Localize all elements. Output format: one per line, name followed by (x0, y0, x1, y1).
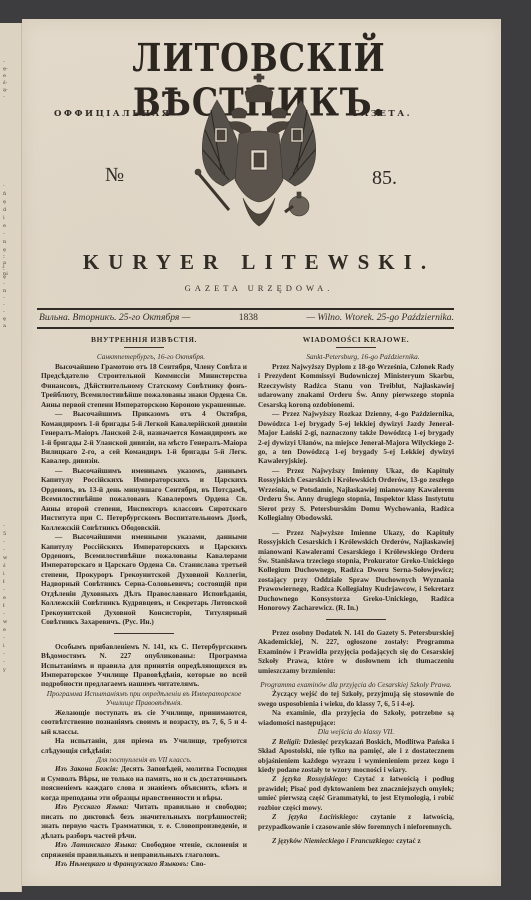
previous-page-text-fragment: - (3, 611, 5, 617)
article-paragraph: — Przez Najwyższy Rozkaz Dzienny, 4-go P… (258, 409, 454, 466)
previous-page-text-fragment: n (3, 288, 6, 294)
subject-text: czytać z (396, 836, 421, 845)
subject-label: Z języków Niemieckiego i Francuzkiego: (272, 836, 394, 845)
previous-page-edge: -ę-eś-ą---ńędie-nę-jni-a-ę-n---ęa-5--wśi… (0, 23, 22, 892)
previous-page-text-fragment: ę- (3, 66, 8, 72)
subject-item: Изъ Нѣмецкаго и Французскаго Языковъ: Св… (41, 859, 247, 868)
previous-page-text-fragment: - (3, 635, 5, 641)
previous-page-text-fragment: y (3, 667, 6, 673)
notice-paragraph: Przez osobny Dodatek N. 141 do Gazety S.… (258, 628, 454, 675)
previous-page-text-fragment: e (3, 595, 6, 601)
program-paragraph: Желающіе поступать въ сіе Училище, прини… (41, 708, 247, 736)
previous-page-text-fragment: ś (3, 563, 6, 569)
previous-page-text-fragment: - (3, 523, 5, 529)
dateline-place: Sankt-Petersburg, 16-go Października. (258, 352, 454, 361)
previous-page-text-fragment: i (3, 643, 5, 649)
article-paragraph: — Высочайшимъ именнымъ указомъ, даннымъ … (41, 466, 247, 532)
section-rule (114, 633, 174, 634)
previous-page-text-fragment: e (3, 73, 6, 79)
dateline-russian: Вильна. Вторникъ. 25-го Октября — (39, 312, 190, 323)
article-paragraph: Высочайшею Грамотою отъ 18 Сентября, Чле… (41, 362, 247, 409)
issue-number-label: № (105, 164, 124, 187)
previous-page-text-fragment: - (3, 302, 5, 308)
article-paragraph: — Przez Najwyższe Imienne Ukazy, do Kapi… (258, 528, 454, 613)
article-paragraph: — Высочайшимъ Приказомъ отъ 4 Октября, К… (41, 409, 247, 466)
previous-page-text-fragment: - (3, 267, 5, 273)
subject-item: Z Religii: Dziesięć przykazań Boskich, M… (258, 737, 454, 775)
article-paragraph: — Высочайшими именными указами, данными … (41, 532, 247, 627)
subject-label: Изъ Закона Божія: (55, 764, 118, 773)
short-rule (124, 347, 164, 348)
short-rule (336, 347, 376, 348)
dateline-year: 1838 (239, 312, 258, 323)
program-paragraph: На испытаніи, для пріема въ Училище, тре… (41, 736, 247, 755)
double-headed-eagle-icon (189, 70, 329, 248)
article-paragraph: — Przez Najwyższy Imienny Ukaz, do Kapit… (258, 466, 454, 523)
previous-page-text-fragment: ę (3, 274, 6, 280)
dateline: Вильна. Вторникъ. 25-го Октября — 1838 —… (39, 312, 454, 323)
article-paragraph: Przez Najwyższy Dyplom z 18-go Września,… (258, 362, 454, 409)
newspaper-page: ЛИТОВСКІЙ ВѢСТНИКЪ. ОФФИЦІАЛЬНАЯ ГАЗЕТА. (22, 19, 501, 886)
previous-page-text-fragment: ę (3, 199, 6, 205)
subject-item: Z języka Łacińskiego: czytanie z łatwośc… (258, 812, 454, 831)
previous-page-text-fragment: w (3, 619, 7, 625)
dateline-polish: — Wilno. Wtorek. 25-go Października. (306, 312, 454, 323)
subject-label: Z Religii: (272, 737, 301, 746)
dateline-place: Санктпетербургъ, 16-го Октября. (41, 352, 247, 361)
previous-page-text-fragment: ł (3, 603, 5, 609)
subject-item: Z języka Rossyjskiego: Czytać z łatwości… (258, 774, 454, 812)
program-paragraph: Życzący wejść do tej Szkoły, przyjmują s… (258, 689, 454, 708)
subject-item: Z języków Niemieckiego i Francuzkiego: c… (258, 836, 454, 845)
issue-number: 85. (372, 167, 397, 190)
previous-page-text-fragment: - (3, 587, 5, 593)
notice-paragraph: Особымъ прибавленіемъ N. 141, къ С. Пете… (41, 642, 247, 689)
subject-item: Изъ Закона Божія: Десять Заповѣдей, моли… (41, 764, 247, 802)
previous-page-text-fragment: - (3, 539, 5, 545)
section-heading-polish: WIADOMOŚCI KRAJOWE. (258, 335, 454, 344)
masthead-subtitle-polish: GAZETA URZĘDOWA. (44, 283, 474, 293)
program-paragraph: Na examinie, dla przyjęcia do Szkoły, po… (258, 708, 454, 727)
gazette-label: ГАЗЕТА. (353, 109, 412, 119)
column-polish: WIADOMOŚCI KRAJOWE. Sankt-Petersburg, 16… (258, 335, 454, 846)
previous-page-text-fragment: - (3, 183, 5, 189)
previous-page-text-fragment: - (3, 253, 5, 259)
section-rule (326, 619, 386, 620)
previous-page-text-fragment: - (3, 659, 5, 665)
subject-text: Сво- (191, 859, 206, 868)
previous-page-text-fragment: ś- (3, 80, 7, 86)
previous-page-text-fragment: ą- (3, 87, 8, 93)
program-title: Программа Испытаніямъ при опредѣленіи въ… (41, 689, 247, 708)
previous-page-text-fragment: - (3, 295, 5, 301)
previous-page-text-fragment: - (3, 547, 5, 553)
previous-page-text-fragment: - (3, 281, 5, 287)
previous-page-text-fragment: n (3, 239, 6, 245)
previous-page-text-fragment: e (3, 627, 6, 633)
previous-page-text-fragment: e (3, 223, 6, 229)
program-title: Programma examinów dla przyjęcia do Cesa… (258, 680, 454, 689)
previous-page-text-fragment: - (3, 94, 5, 100)
previous-page-text-fragment: - (3, 651, 5, 657)
subject-item: Изъ Русскаго Языка: Читать правильно и с… (41, 802, 247, 840)
previous-page-text-fragment: i (3, 215, 5, 221)
rule-divider (37, 327, 454, 329)
rule-divider (37, 308, 454, 310)
subject-label: Изъ Нѣмецкаго и Французскаго Языковъ: (55, 859, 189, 868)
subject-item: Изъ Латинскаго Языка: Свободное чтеніе, … (41, 840, 247, 859)
previous-page-text-fragment: 5 (3, 531, 6, 537)
previous-page-text-fragment: - (3, 309, 5, 315)
previous-page-text-fragment: d (3, 207, 6, 213)
previous-page-text-fragment: a (3, 323, 6, 329)
masthead-title-polish: KURYER LITEWSKI. (44, 250, 474, 275)
previous-page-text-fragment: a (3, 260, 6, 266)
previous-page-text-fragment: i (3, 571, 5, 577)
class-heading: Dla wejścia do klassy VII. (258, 727, 454, 736)
previous-page-text-fragment: w (3, 555, 7, 561)
previous-page-text-fragment: - (3, 59, 5, 65)
subject-label: Изъ Латинскаго Языка: (55, 840, 137, 849)
previous-page-text-fragment: - (3, 231, 5, 237)
previous-page-text-fragment: ł (3, 579, 5, 585)
subject-label: Z języka Rossyjskiego: (272, 774, 348, 783)
previous-page-text-fragment: ń (3, 191, 6, 197)
previous-page-text-fragment: ę (3, 316, 6, 322)
column-russian: ВНУТРЕННІЯ ИЗВѢСТІЯ. Санктпетербургъ, 16… (41, 335, 247, 868)
section-heading-russian: ВНУТРЕННІЯ ИЗВѢСТІЯ. (41, 335, 247, 344)
class-heading: Для поступленія въ VII классъ. (41, 755, 247, 764)
subject-label: Z języka Łacińskiego: (272, 812, 358, 821)
subject-label: Изъ Русскаго Языка: (55, 802, 129, 811)
official-label: ОФФИЦІАЛЬНАЯ (54, 109, 172, 119)
